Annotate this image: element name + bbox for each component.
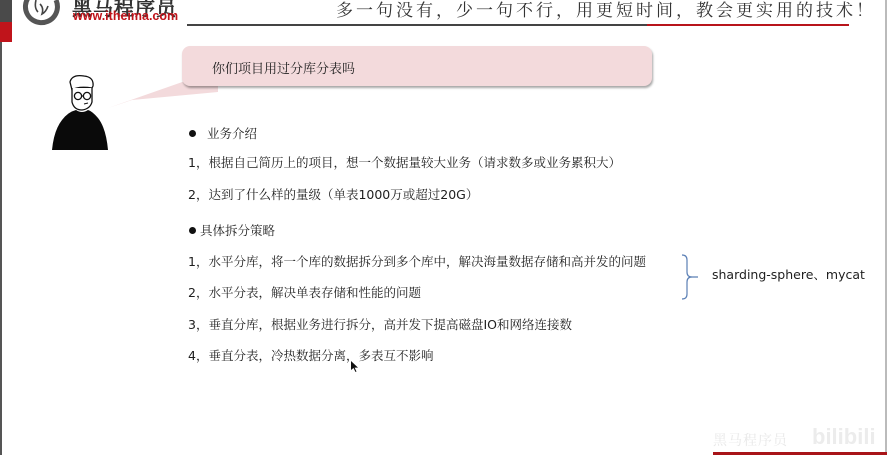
list-item: 2，水平分表，解决单表存储和性能的问题 <box>188 283 421 301</box>
watermark-brand: 黑马程序员 <box>713 430 788 450</box>
header-divider <box>187 24 647 26</box>
frame-bar-red <box>0 22 12 42</box>
list-item: 2，达到了什么样的量级（单表1000万或超过20G） <box>188 185 478 203</box>
right-brace-icon <box>680 254 700 300</box>
bullet-icon <box>189 227 196 234</box>
section-title-text: 业务介绍 <box>207 126 257 141</box>
list-item: 1，水平分库，将一个库的数据拆分到多个库中，解决海量数据存储和高并发的问题 <box>188 252 646 270</box>
bullet-icon <box>189 130 196 137</box>
speech-bubble: 你们项目用过分库分表吗 <box>182 46 652 86</box>
section-title-business: 业务介绍 <box>189 124 257 142</box>
frame-left-border <box>0 42 2 455</box>
horse-circle-logo-icon <box>22 0 62 28</box>
header-divider-accent <box>647 24 849 26</box>
brand-url: www.itheima.com <box>73 9 178 23</box>
section-title-text: 具体拆分策略 <box>200 223 275 238</box>
mouse-pointer-icon <box>351 361 359 372</box>
sharding-tools-note: sharding-sphere、mycat <box>712 265 865 283</box>
list-item: 3，垂直分库，根据业务进行拆分，高并发下提高磁盘IO和网络连接数 <box>188 315 572 333</box>
frame-bar-dark <box>0 0 12 22</box>
list-item: 4，垂直分表，冷热数据分离，多表互不影响 <box>188 346 433 364</box>
man-with-glasses-avatar-icon <box>48 74 112 150</box>
watermark-bilibili: bilibili <box>812 424 876 450</box>
slogan: 多一句没有，少一句不行，用更短时间，教会更实用的技术！ <box>336 0 876 21</box>
list-item: 1，根据自己简历上的项目，想一个数据量较大业务（请求数多或业务累积大） <box>188 153 621 171</box>
section-title-strategy: 具体拆分策略 <box>189 221 275 239</box>
interview-question: 你们项目用过分库分表吗 <box>212 58 355 77</box>
